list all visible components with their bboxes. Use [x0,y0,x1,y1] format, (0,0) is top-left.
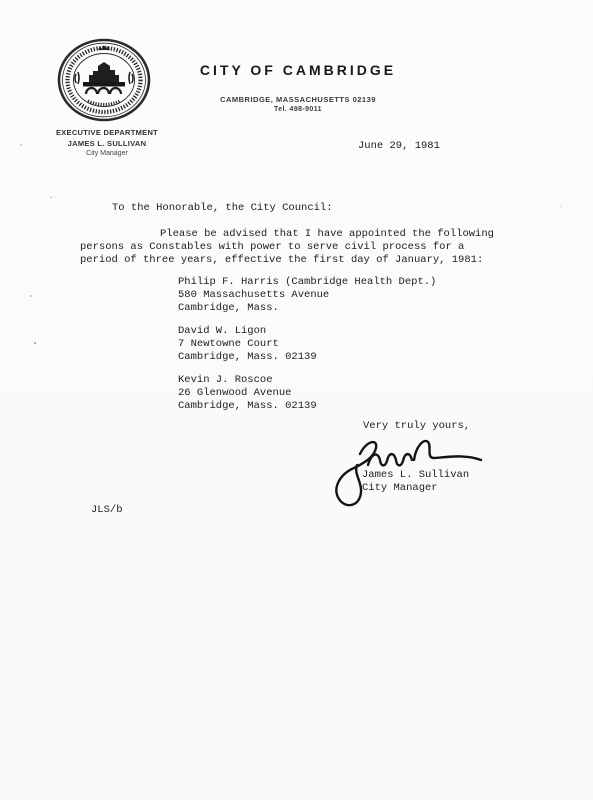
department-officer-title: City Manager [28,150,186,157]
letter-date: June 29, 1981 [358,140,440,153]
letterhead-title: CITY OF CAMBRIDGE [178,62,418,78]
appointee-name: Philip F. Harris (Cambridge Health Dept.… [178,276,498,289]
appointee-address-line: Cambridge, Mass. 02139 [178,351,498,364]
signer-title: City Manager [362,482,438,495]
letterhead-phone: Tel. 498-9011 [178,106,418,113]
appointee-block-3: Kevin J. Roscoe 26 Glenwood Avenue Cambr… [178,374,498,413]
scan-speck [20,144,22,146]
closing-line: Very truly yours, [363,420,470,433]
appointee-block-2: David W. Ligon 7 Newtowne Court Cambridg… [178,325,498,364]
scan-speck [34,342,36,344]
city-of-cambridge-seal-icon [56,38,152,122]
appointee-block-1: Philip F. Harris (Cambridge Health Dept.… [178,276,498,315]
department-block: EXECUTIVE DEPARTMENT JAMES L. SULLIVAN C… [28,128,186,157]
appointee-address-line: 580 Massachusetts Avenue [178,289,498,302]
scan-speck [30,295,32,297]
appointee-address-line: 26 Glenwood Avenue [178,387,498,400]
salutation: To the Honorable, the City Council: [112,202,333,215]
scan-speck [560,206,562,207]
department-officer-name: JAMES L. SULLIVAN [28,139,186,148]
signer-name: James L. Sullivan [362,469,469,482]
appointee-address-line: 7 Newtowne Court [178,338,498,351]
pen-mark-artifact: ‐· [50,192,60,202]
appointee-address-line: Cambridge, Mass. 02139 [178,400,498,413]
letter-page: CITY OF CAMBRIDGE CAMBRIDGE, MASSACHUSET… [0,0,593,800]
appointee-address-line: Cambridge, Mass. [178,302,498,315]
appointee-name: Kevin J. Roscoe [178,374,498,387]
reference-initials: JLS/b [91,504,123,517]
department-name: EXECUTIVE DEPARTMENT [28,128,186,137]
appointee-name: David W. Ligon [178,325,498,338]
body-paragraph: Please be advised that I have appointed … [80,228,520,267]
letterhead-address: CAMBRIDGE, MASSACHUSETTS 02139 [178,95,418,104]
